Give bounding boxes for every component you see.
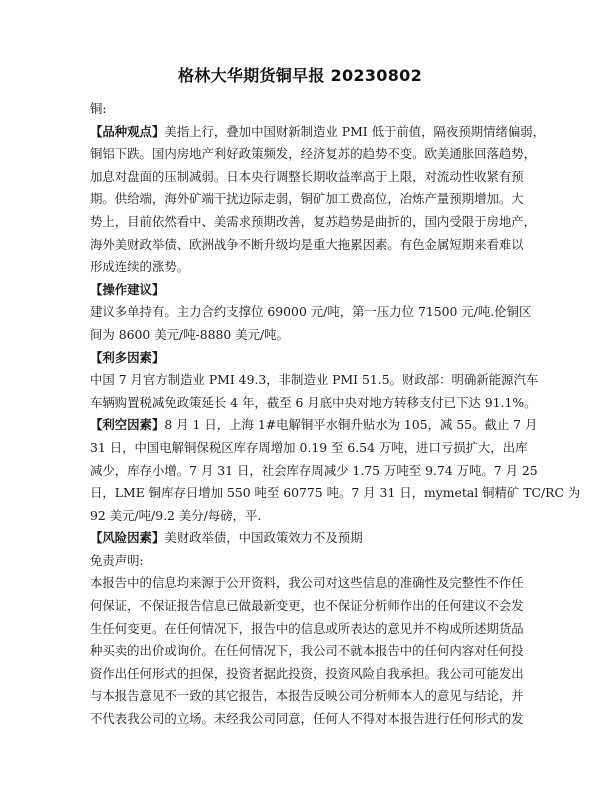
line-text: 加息对盘面的压制减弱。日本央行调整长期收益率高于上限，对流动性收紧有预 (90, 169, 524, 184)
line-text: 生任何变更。在任何情况下，报告中的信息或所表达的意见并不构成所述期货品 (90, 621, 524, 636)
line-text: 海外美财政举债、欧洲战争不断升级均是重大拖累因素。有色金属短期来看难以 (90, 237, 524, 252)
text-line: 海外美财政举债、欧洲战争不断升级均是重大拖累因素。有色金属短期来看难以 (90, 234, 514, 257)
text-line: 中国 7 月官方制造业 PMI 49.3，非制造业 PMI 51.5。财政部：明… (90, 369, 514, 392)
line-text: 中国 7 月官方制造业 PMI 49.3，非制造业 PMI 51.5。财政部：明… (90, 372, 538, 387)
line-text: 间为 8600 美元/吨-8880 美元/吨。 (90, 327, 289, 342)
text-line: 资作出任何形式的担保，投资者据此投资，投资风险自我承担。我公司可能发出 (90, 663, 514, 686)
text-line: 与本报告意见不一致的其它报告，本报告反映公司分析师本人的意见与结论，并 (90, 685, 514, 708)
document-page: 格林大华期货铜早报 20230802 铜:【品种观点】美指上行，叠加中国财新制造… (0, 0, 600, 800)
line-text: 不代表我公司的立场。未经我公司同意，任何人不得对本报告进行任何形式的发 (90, 711, 524, 726)
text-line: 加息对盘面的压制减弱。日本央行调整长期收益率高于上限，对流动性收紧有预 (90, 166, 514, 189)
line-text: 与本报告意见不一致的其它报告，本报告反映公司分析师本人的意见与结论，并 (90, 688, 524, 703)
line-text: 免责声明: (90, 553, 144, 568)
text-line: 日，LME 铜库存日增加 550 吨至 60775 吨。7 月 31 日，mym… (90, 482, 514, 505)
text-line: 形成连续的涨势。 (90, 256, 514, 279)
text-line: 铜: (90, 98, 514, 121)
section-label: 【品种观点】 (90, 124, 164, 139)
text-line: 免责声明: (90, 550, 514, 573)
line-text: 资作出任何形式的担保，投资者据此投资，投资风险自我承担。我公司可能发出 (90, 666, 524, 681)
text-line: 期。供给端，海外矿端干扰边际走弱，铜矿加工费高位，冶炼产量预期增加。大 (90, 188, 514, 211)
line-text: 铜铝下跌。国内房地产利好政策频发，经济复苏的趋势不变。欧美通胀回落趋势， (90, 146, 536, 161)
line-text: 美财政举债，中国政策效力不及预期 (164, 530, 362, 545)
text-line: 生任何变更。在任何情况下，报告中的信息或所表达的意见并不构成所述期货品 (90, 618, 514, 641)
line-text: 势上，目前依然看中、美需求预期改善，复苏趋势是曲折的，国内受限于房地产， (90, 214, 536, 229)
line-text: 车辆购置税减免政策延长 4 年，截至 6 月底中央对地方转移支付已下达 91.1… (90, 395, 537, 410)
section-label: 【利多因素】 (90, 350, 164, 365)
line-text: 8 月 1 日，上海 1#电解铜平水铜升贴水为 105，减 55。截止 7 月 (164, 417, 537, 432)
text-line: 何保证，不保证报告信息已做最新变更，也不保证分析师作出的任何建议不会发 (90, 595, 514, 618)
text-line: 【操作建议】 (90, 279, 514, 302)
line-text: 期。供给端，海外矿端干扰边际走弱，铜矿加工费高位，冶炼产量预期增加。大 (90, 191, 524, 206)
line-text: 何保证，不保证报告信息已做最新变更，也不保证分析师作出的任何建议不会发 (90, 598, 524, 613)
document-body: 铜:【品种观点】美指上行，叠加中国财新制造业 PMI 低于前值，隔夜预期情绪偏弱… (90, 98, 514, 731)
line-text: 本报告中的信息均来源于公开资料，我公司对这些信息的准确性及完整性不作任 (90, 575, 524, 590)
line-text: 铜: (90, 101, 107, 116)
page-title: 格林大华期货铜早报 20230802 (0, 63, 600, 86)
text-line: 铜铝下跌。国内房地产利好政策频发，经济复苏的趋势不变。欧美通胀回落趋势， (90, 143, 514, 166)
text-line: 势上，目前依然看中、美需求预期改善，复苏趋势是曲折的，国内受限于房地产， (90, 211, 514, 234)
text-line: 本报告中的信息均来源于公开资料，我公司对这些信息的准确性及完整性不作任 (90, 572, 514, 595)
text-line: 间为 8600 美元/吨-8880 美元/吨。 (90, 324, 514, 347)
section-label: 【利空因素】 (90, 417, 164, 432)
text-line: 种买卖的出价或询价。在任何情况下，我公司不就本报告中的任何内容对任何投 (90, 640, 514, 663)
line-text: 种买卖的出价或询价。在任何情况下，我公司不就本报告中的任何内容对任何投 (90, 643, 524, 658)
line-text: 减少，库存小增。7 月 31 日，社会库存周减少 1.75 万吨至 9.74 万… (90, 463, 538, 478)
line-text: 92 美元/吨/9.2 美分/每磅，平. (90, 508, 261, 523)
text-line: 【品种观点】美指上行，叠加中国财新制造业 PMI 低于前值，隔夜预期情绪偏弱， (90, 121, 514, 144)
text-line: 建议多单持有。主力合约支撑位 69000 元/吨，第一压力位 71500 元/吨… (90, 301, 514, 324)
line-text: 日，LME 铜库存日增加 550 吨至 60775 吨。7 月 31 日，mym… (90, 485, 580, 500)
text-line: 【风险因素】美财政举债，中国政策效力不及预期 (90, 527, 514, 550)
line-text: 形成连续的涨势。 (90, 259, 189, 274)
text-line: 车辆购置税减免政策延长 4 年，截至 6 月底中央对地方转移支付已下达 91.1… (90, 392, 514, 415)
text-line: 不代表我公司的立场。未经我公司同意，任何人不得对本报告进行任何形式的发 (90, 708, 514, 731)
line-text: 建议多单持有。主力合约支撑位 69000 元/吨，第一压力位 71500 元/吨… (90, 304, 531, 319)
text-line: 减少，库存小增。7 月 31 日，社会库存周减少 1.75 万吨至 9.74 万… (90, 460, 514, 483)
text-line: 31 日，中国电解铜保税区库存周增加 0.19 至 6.54 万吨，进口亏损扩大… (90, 437, 514, 460)
text-line: 92 美元/吨/9.2 美分/每磅，平. (90, 505, 514, 528)
line-text: 31 日，中国电解铜保税区库存周增加 0.19 至 6.54 万吨，进口亏损扩大… (90, 440, 528, 455)
section-label: 【操作建议】 (90, 282, 164, 297)
text-line: 【利空因素】8 月 1 日，上海 1#电解铜平水铜升贴水为 105，减 55。截… (90, 414, 514, 437)
section-label: 【风险因素】 (90, 530, 164, 545)
text-line: 【利多因素】 (90, 347, 514, 370)
line-text: 美指上行，叠加中国财新制造业 PMI 低于前值，隔夜预期情绪偏弱， (164, 124, 545, 139)
